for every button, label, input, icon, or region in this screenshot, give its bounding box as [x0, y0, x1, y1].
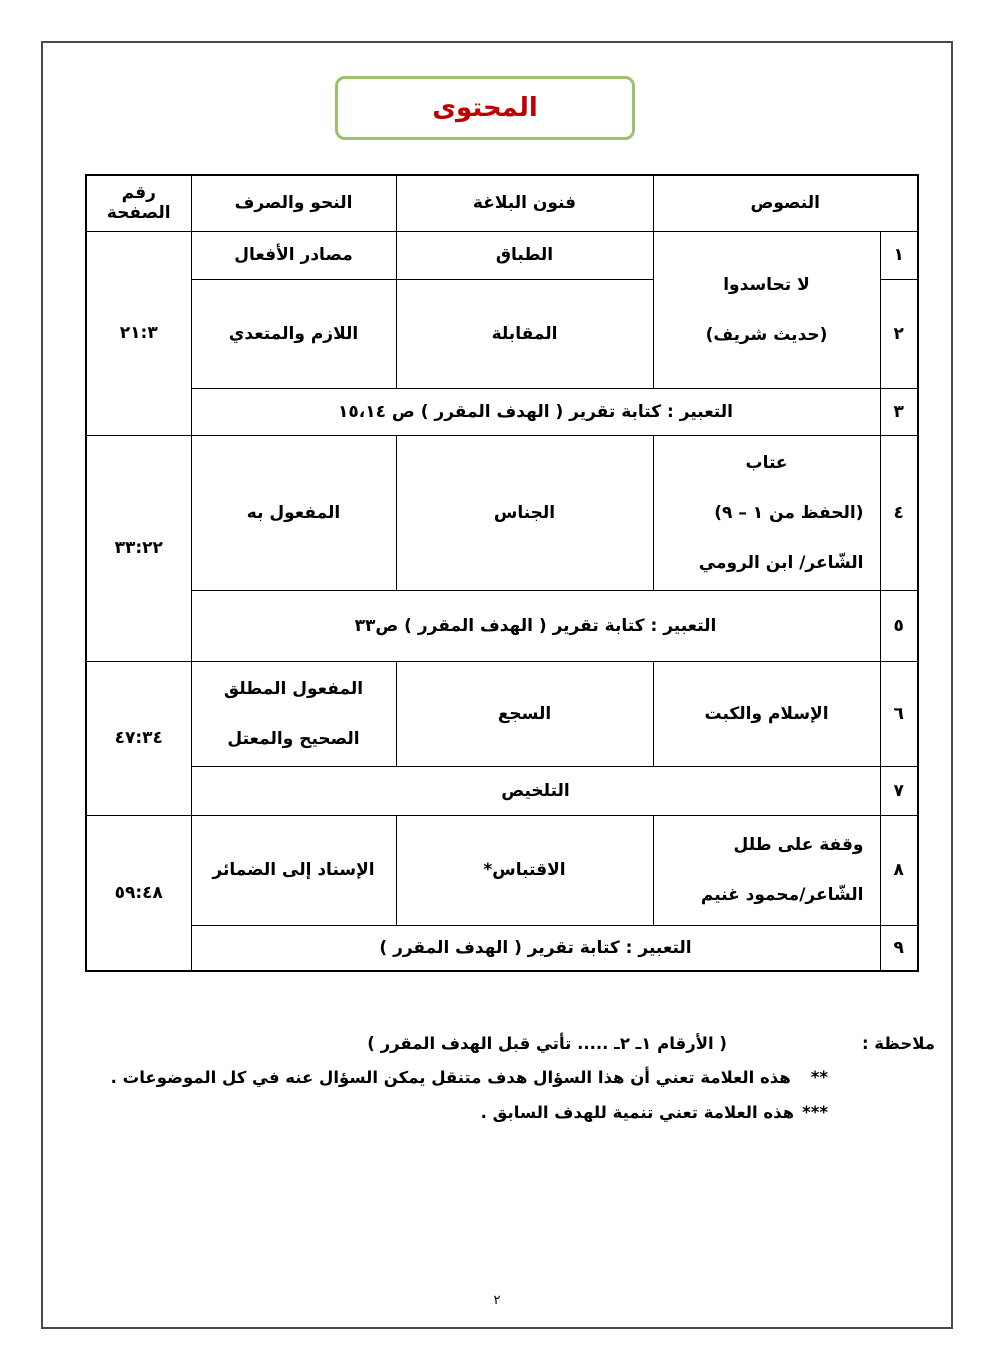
rhetoric-cell: المقابلة — [396, 279, 653, 388]
table-row: ٨ وقفة على طلل الشّاعر/محمود غنيم الاقتب… — [86, 815, 918, 925]
expression-span-cell: التعبير : كتابة تقرير ( الهدف المقرر ) ص… — [191, 590, 880, 661]
page-range-cell: ٣٣:٢٢ — [86, 435, 191, 661]
document-page: المحتوى النصوص فنون البلاغة النحو والصرف… — [41, 41, 953, 1329]
row-number: ٩ — [880, 925, 918, 971]
title-box: المحتوى — [335, 76, 635, 140]
table-row: ٩ التعبير : كتابة تقرير ( الهدف المقرر ) — [86, 925, 918, 971]
row-number: ٣ — [880, 388, 918, 435]
note-label: ملاحظة : — [862, 1034, 935, 1053]
row-number: ٥ — [880, 590, 918, 661]
table-row: ٤ عتاب (الحفظ من ١ – ٩) الشّاعر/ ابن الر… — [86, 435, 918, 590]
text-line: الصحيح والمعتل — [196, 714, 392, 764]
expression-span-cell: التعبير : كتابة تقرير ( الهدف المقرر ) ص… — [191, 388, 880, 435]
row-number: ٨ — [880, 815, 918, 925]
table-row: ٣ التعبير : كتابة تقرير ( الهدف المقرر )… — [86, 388, 918, 435]
asterisk-marker: *** — [802, 1103, 828, 1122]
note-line-1: ملاحظة : ( الأرقام ١ـ ٢ـ ..... تأتي قبل … — [83, 1034, 935, 1053]
header-texts: النصوص — [653, 175, 918, 231]
grammar-cell: مصادر الأفعال — [191, 231, 396, 279]
note-text: هذه العلامة تعني أن هذا السؤال هدف متنقل… — [111, 1068, 791, 1087]
note-line-3: *** هذه العلامة تعني تنمية للهدف السابق … — [83, 1103, 935, 1122]
page-title: المحتوى — [432, 93, 538, 123]
texts-cell: وقفة على طلل الشّاعر/محمود غنيم — [653, 815, 880, 925]
table-row: ٧ التلخيص — [86, 766, 918, 815]
texts-cell: الإسلام والكبت — [653, 661, 880, 766]
page-range-cell: ٤٧:٣٤ — [86, 661, 191, 815]
table-row: ٥ التعبير : كتابة تقرير ( الهدف المقرر )… — [86, 590, 918, 661]
rhetoric-cell: السجع — [396, 661, 653, 766]
page-range-cell: ٢١:٣ — [86, 231, 191, 435]
row-number: ٧ — [880, 766, 918, 815]
texts-cell: عتاب (الحفظ من ١ – ٩) الشّاعر/ ابن الروم… — [653, 435, 880, 590]
note-text: ( الأرقام ١ـ ٢ـ ..... تأتي قبل الهدف الم… — [367, 1034, 727, 1053]
asterisk-marker: ** — [811, 1068, 828, 1087]
text-line: لا تحاسدوا — [658, 260, 876, 310]
grammar-cell: المفعول المطلق الصحيح والمعتل — [191, 661, 396, 766]
table-header-row: النصوص فنون البلاغة النحو والصرف رقم الص… — [86, 175, 918, 231]
grammar-cell: اللازم والمتعدي — [191, 279, 396, 388]
text-line: (الحفظ من ١ – ٩) — [658, 488, 876, 538]
row-number: ٤ — [880, 435, 918, 590]
expression-span-cell: التلخيص — [191, 766, 880, 815]
texts-cell: لا تحاسدوا (حديث شريف) — [653, 231, 880, 388]
notes-section: ملاحظة : ( الأرقام ١ـ ٢ـ ..... تأتي قبل … — [83, 1034, 935, 1122]
row-number: ١ — [880, 231, 918, 279]
table-row: ٦ الإسلام والكبت السجع المفعول المطلق ال… — [86, 661, 918, 766]
grammar-cell: الإسناد إلى الضمائر — [191, 815, 396, 925]
expression-span-cell: التعبير : كتابة تقرير ( الهدف المقرر ) — [191, 925, 880, 971]
text-line: الشّاعر/ ابن الرومي — [658, 538, 876, 588]
rhetoric-cell: الاقتباس* — [396, 815, 653, 925]
footer-page-number: ٢ — [43, 1293, 951, 1308]
content-table: النصوص فنون البلاغة النحو والصرف رقم الص… — [85, 174, 919, 972]
row-number: ٢ — [880, 279, 918, 388]
header-grammar: النحو والصرف — [191, 175, 396, 231]
text-line: الشّاعر/محمود غنيم — [658, 870, 876, 920]
page-range-cell: ٥٩:٤٨ — [86, 815, 191, 971]
note-text: هذه العلامة تعني تنمية للهدف السابق . — [481, 1103, 794, 1122]
header-rhetoric: فنون البلاغة — [396, 175, 653, 231]
rhetoric-cell: الطباق — [396, 231, 653, 279]
text-line: (حديث شريف) — [658, 310, 876, 360]
header-page-number: رقم الصفحة — [86, 175, 191, 231]
text-line: المفعول المطلق — [196, 664, 392, 714]
grammar-cell: المفعول به — [191, 435, 396, 590]
note-line-2: ** هذه العلامة تعني أن هذا السؤال هدف مت… — [83, 1068, 935, 1087]
text-line: وقفة على طلل — [658, 820, 876, 870]
rhetoric-cell: الجناس — [396, 435, 653, 590]
row-number: ٦ — [880, 661, 918, 766]
text-line: عتاب — [658, 438, 876, 488]
table-row: ١ لا تحاسدوا (حديث شريف) الطباق مصادر ال… — [86, 231, 918, 279]
